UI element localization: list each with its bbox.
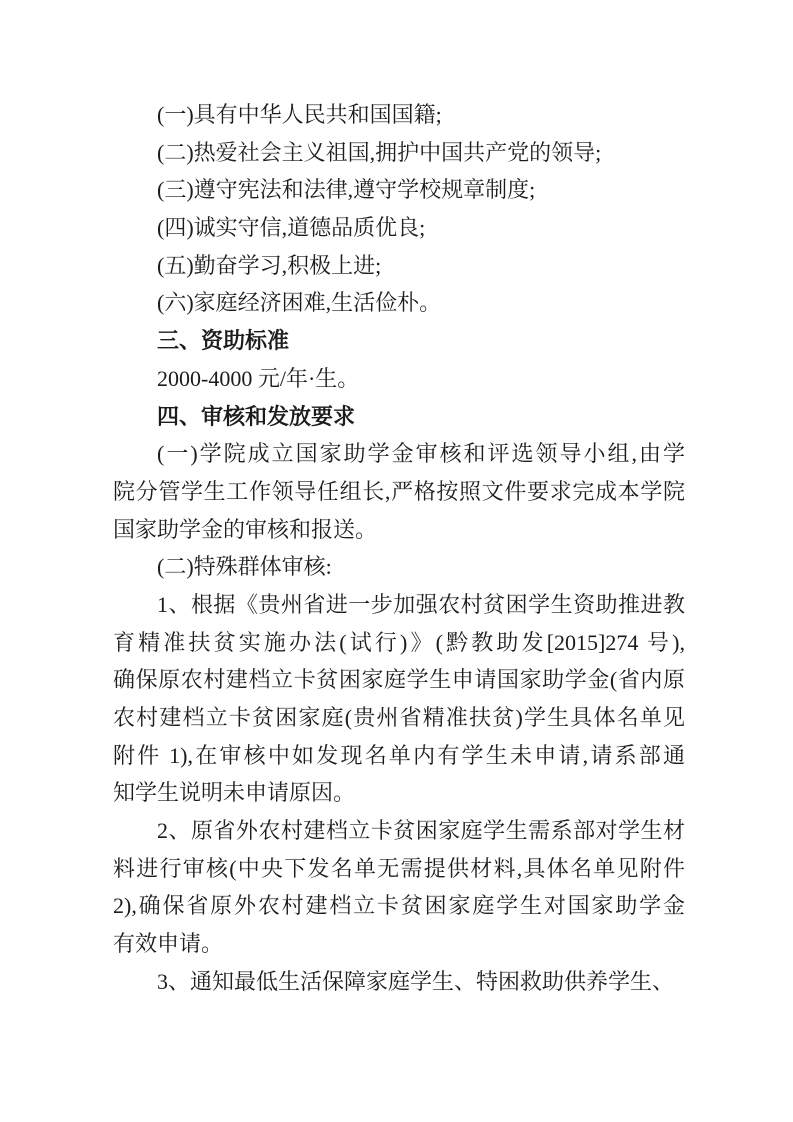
condition-item-5: (五)勤奋学习,积极上进; [113,247,685,285]
paragraph-rural-poor-outside-province: 2、原省外农村建档立卡贫困家庭学生需系部对学生材 料进行审核(中央下发名单无需提… [113,812,685,963]
text-line: (一)学院成立国家助学金审核和评选领导小组,由学 [113,435,685,473]
text-line: 1、根据《贵州省进一步加强农村贫困学生资助推进教 [113,586,685,624]
text-line: 3、通知最低生活保障家庭学生、特困救助供养学生、 [113,963,685,1001]
condition-item-6: (六)家庭经济困难,生活俭朴。 [113,284,685,322]
text-line: 有效申请。 [113,925,685,963]
text-line: 确保原农村建档立卡贫困家庭学生申请国家助学金(省内原 [113,661,685,699]
text-line: (二)热爱社会主义祖国,拥护中国共产党的领导; [113,134,685,172]
text-line: 农村建档立卡贫困家庭(贵州省精准扶贫)学生具体名单见 [113,699,685,737]
text-line: 2000-4000 元/年·生。 [113,360,685,398]
text-line: 育精准扶贫实施办法(试行)》(黔教助发[2015]274 号), [113,624,685,662]
paragraph-notify-low-income-students: 3、通知最低生活保障家庭学生、特困救助供养学生、 [113,963,685,1001]
text-line: 附件 1),在审核中如发现名单内有学生未申请,请系部通 [113,737,685,775]
text-line: 料进行审核(中央下发名单无需提供材料,具体名单见附件 [113,850,685,888]
condition-item-2: (二)热爱社会主义祖国,拥护中国共产党的领导; [113,134,685,172]
funding-amount: 2000-4000 元/年·生。 [113,360,685,398]
text-line: 院分管学生工作领导任组长,严格按照文件要求完成本学院 [113,473,685,511]
section-heading-funding-standard: 三、资助标准 [113,322,685,360]
text-line: 2、原省外农村建档立卡贫困家庭学生需系部对学生材 [113,812,685,850]
condition-item-4: (四)诚实守信,道德品质优良; [113,209,685,247]
text-line: (五)勤奋学习,积极上进; [113,247,685,285]
paragraph-review-leading-group: (一)学院成立国家助学金审核和评选领导小组,由学 院分管学生工作领导任组长,严格… [113,435,685,548]
section-heading-review-and-distribution: 四、审核和发放要求 [113,398,685,436]
text-line: 知学生说明未申请原因。 [113,774,685,812]
text-line: 国家助学金的审核和报送。 [113,511,685,549]
paragraph-special-group-review: (二)特殊群体审核: [113,548,685,586]
text-line: (二)特殊群体审核: [113,548,685,586]
heading-line: 三、资助标准 [113,322,685,360]
condition-item-3: (三)遵守宪法和法律,遵守学校规章制度; [113,171,685,209]
document-body: (一)具有中华人民共和国国籍; (二)热爱社会主义祖国,拥护中国共产党的领导; … [113,96,685,1001]
heading-line: 四、审核和发放要求 [113,398,685,436]
text-line: 2),确保省原外农村建档立卡贫困家庭学生对国家助学金 [113,887,685,925]
text-line: (六)家庭经济困难,生活俭朴。 [113,284,685,322]
text-line: (四)诚实守信,道德品质优良; [113,209,685,247]
condition-item-1: (一)具有中华人民共和国国籍; [113,96,685,134]
text-line: (一)具有中华人民共和国国籍; [113,96,685,134]
text-line: (三)遵守宪法和法律,遵守学校规章制度; [113,171,685,209]
paragraph-rural-poor-in-province: 1、根据《贵州省进一步加强农村贫困学生资助推进教 育精准扶贫实施办法(试行)》(… [113,586,685,812]
document-page: (一)具有中华人民共和国国籍; (二)热爱社会主义祖国,拥护中国共产党的领导; … [0,0,793,1122]
